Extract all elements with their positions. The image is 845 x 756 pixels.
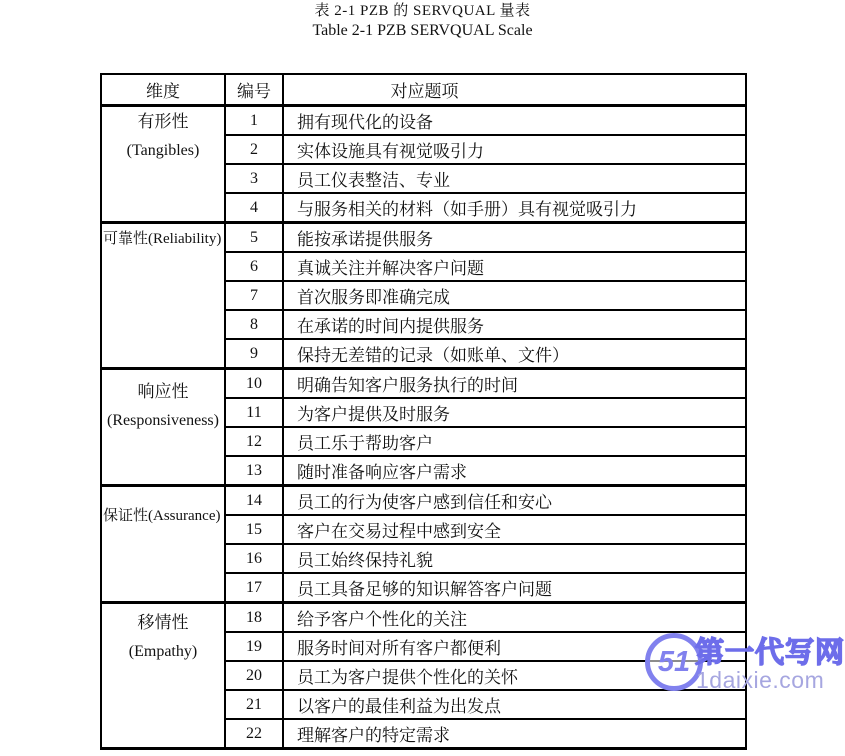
item-text: 与服务相关的材料（如手册）具有视觉吸引力 [283,193,746,223]
item-number: 10 [225,369,283,399]
item-text: 在承诺的时间内提供服务 [283,310,746,339]
item-text: 员工始终保持礼貌 [283,544,746,573]
item-number: 3 [225,164,283,193]
item-number: 22 [225,719,283,749]
item-text: 拥有现代化的设备 [283,106,746,136]
dimension-label: 响应性(Responsiveness) [102,370,224,428]
item-text: 员工的行为使客户感到信任和安心 [283,486,746,516]
item-text: 服务时间对所有客户都便利 [283,632,746,661]
item-number: 9 [225,339,283,369]
dimension-cell: 保证性(Assurance) [101,486,225,603]
dimension-name-en: (Responsiveness) [107,406,219,435]
item-text: 以客户的最佳利益为出发点 [283,690,746,719]
item-text: 给予客户个性化的关注 [283,603,746,633]
item-text: 员工仪表整洁、专业 [283,164,746,193]
column-header-item: 对应题项 [283,74,746,106]
item-number: 19 [225,632,283,661]
item-text: 保持无差错的记录（如账单、文件） [283,339,746,369]
dimension-name-cn: 移情性 [138,608,189,637]
table-row: 移情性(Empathy)18给予客户个性化的关注 [101,603,746,633]
item-number: 21 [225,690,283,719]
dimension-cell: 可靠性(Reliability) [101,223,225,369]
dimension-label: 可靠性(Reliability) [102,224,224,254]
item-text: 员工乐于帮助客户 [283,427,746,456]
dimension-name-en: (Tangibles) [127,136,200,165]
dimension-cell: 移情性(Empathy) [101,603,225,749]
dimension-label: 移情性(Empathy) [102,604,224,662]
item-number: 1 [225,106,283,136]
header-row: 维度 编号 对应题项 [101,74,746,106]
table-row: 保证性(Assurance)14员工的行为使客户感到信任和安心 [101,486,746,516]
item-number: 8 [225,310,283,339]
item-number: 17 [225,573,283,603]
dimension-cell: 响应性(Responsiveness) [101,369,225,486]
dimension-cell: 有形性(Tangibles) [101,106,225,223]
dimension-name-cn: 有形性 [138,107,189,136]
table-row: 有形性(Tangibles)1拥有现代化的设备 [101,106,746,136]
item-number: 20 [225,661,283,690]
table-row: 可靠性(Reliability)5能按承诺提供服务 [101,223,746,253]
item-text: 为客户提供及时服务 [283,398,746,427]
item-text: 随时准备响应客户需求 [283,456,746,486]
dimension-name: 可靠性(Reliability) [103,225,221,254]
item-number: 12 [225,427,283,456]
table-title: 表 2-1 PZB 的 SERVQUAL 量表 Table 2-1 PZB SE… [0,2,845,40]
item-number: 2 [225,135,283,164]
table-row: 响应性(Responsiveness)10明确告知客户服务执行的时间 [101,369,746,399]
item-number: 7 [225,281,283,310]
item-text: 客户在交易过程中感到安全 [283,515,746,544]
table-title-chinese: 表 2-1 PZB 的 SERVQUAL 量表 [0,2,845,21]
dimension-name-cn: 响应性 [138,377,189,406]
item-number: 6 [225,252,283,281]
item-number: 11 [225,398,283,427]
item-text: 员工具备足够的知识解答客户问题 [283,573,746,603]
item-text: 首次服务即准确完成 [283,281,746,310]
column-header-number: 编号 [225,74,283,106]
item-text: 理解客户的特定需求 [283,719,746,749]
servqual-table: 维度 编号 对应题项 有形性(Tangibles)1拥有现代化的设备2实体设施具… [100,73,747,750]
item-text: 实体设施具有视觉吸引力 [283,135,746,164]
item-text: 员工为客户提供个性化的关怀 [283,661,746,690]
dimension-label: 保证性(Assurance) [102,487,224,545]
item-text: 明确告知客户服务执行的时间 [283,369,746,399]
dimension-name-en: (Empathy) [129,637,197,666]
column-header-dimension: 维度 [101,74,225,106]
item-number: 4 [225,193,283,223]
item-number: 13 [225,456,283,486]
item-number: 14 [225,486,283,516]
item-number: 15 [225,515,283,544]
dimension-name: 保证性(Assurance) [103,502,220,531]
item-number: 16 [225,544,283,573]
item-text: 能按承诺提供服务 [283,223,746,253]
dimension-label: 有形性(Tangibles) [102,107,224,165]
item-number: 5 [225,223,283,253]
table-title-english: Table 2-1 PZB SERVQUAL Scale [0,21,845,40]
item-number: 18 [225,603,283,633]
item-text: 真诚关注并解决客户问题 [283,252,746,281]
